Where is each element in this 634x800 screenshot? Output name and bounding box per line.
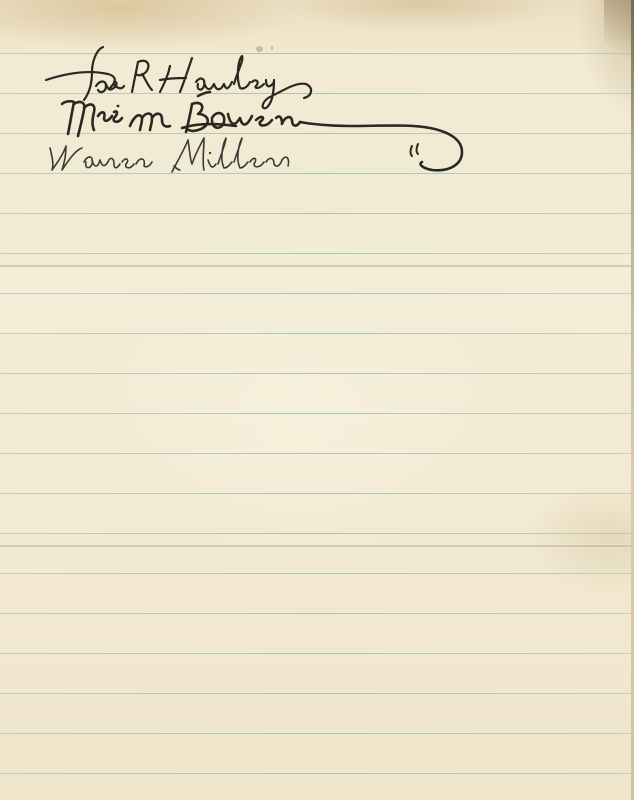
handwriting-svg — [0, 0, 634, 800]
signature-jas-r-hawley — [46, 47, 311, 108]
paper-sheet: Jas R Hawley Mrs M Bowen Warner Miller — [0, 0, 634, 800]
signature-mrs-m-bowen — [62, 92, 462, 170]
ditto-mark — [411, 144, 419, 156]
signature-warner-miller — [50, 138, 289, 172]
signature-block: Jas R Hawley Mrs M Bowen Warner Miller — [0, 0, 634, 800]
